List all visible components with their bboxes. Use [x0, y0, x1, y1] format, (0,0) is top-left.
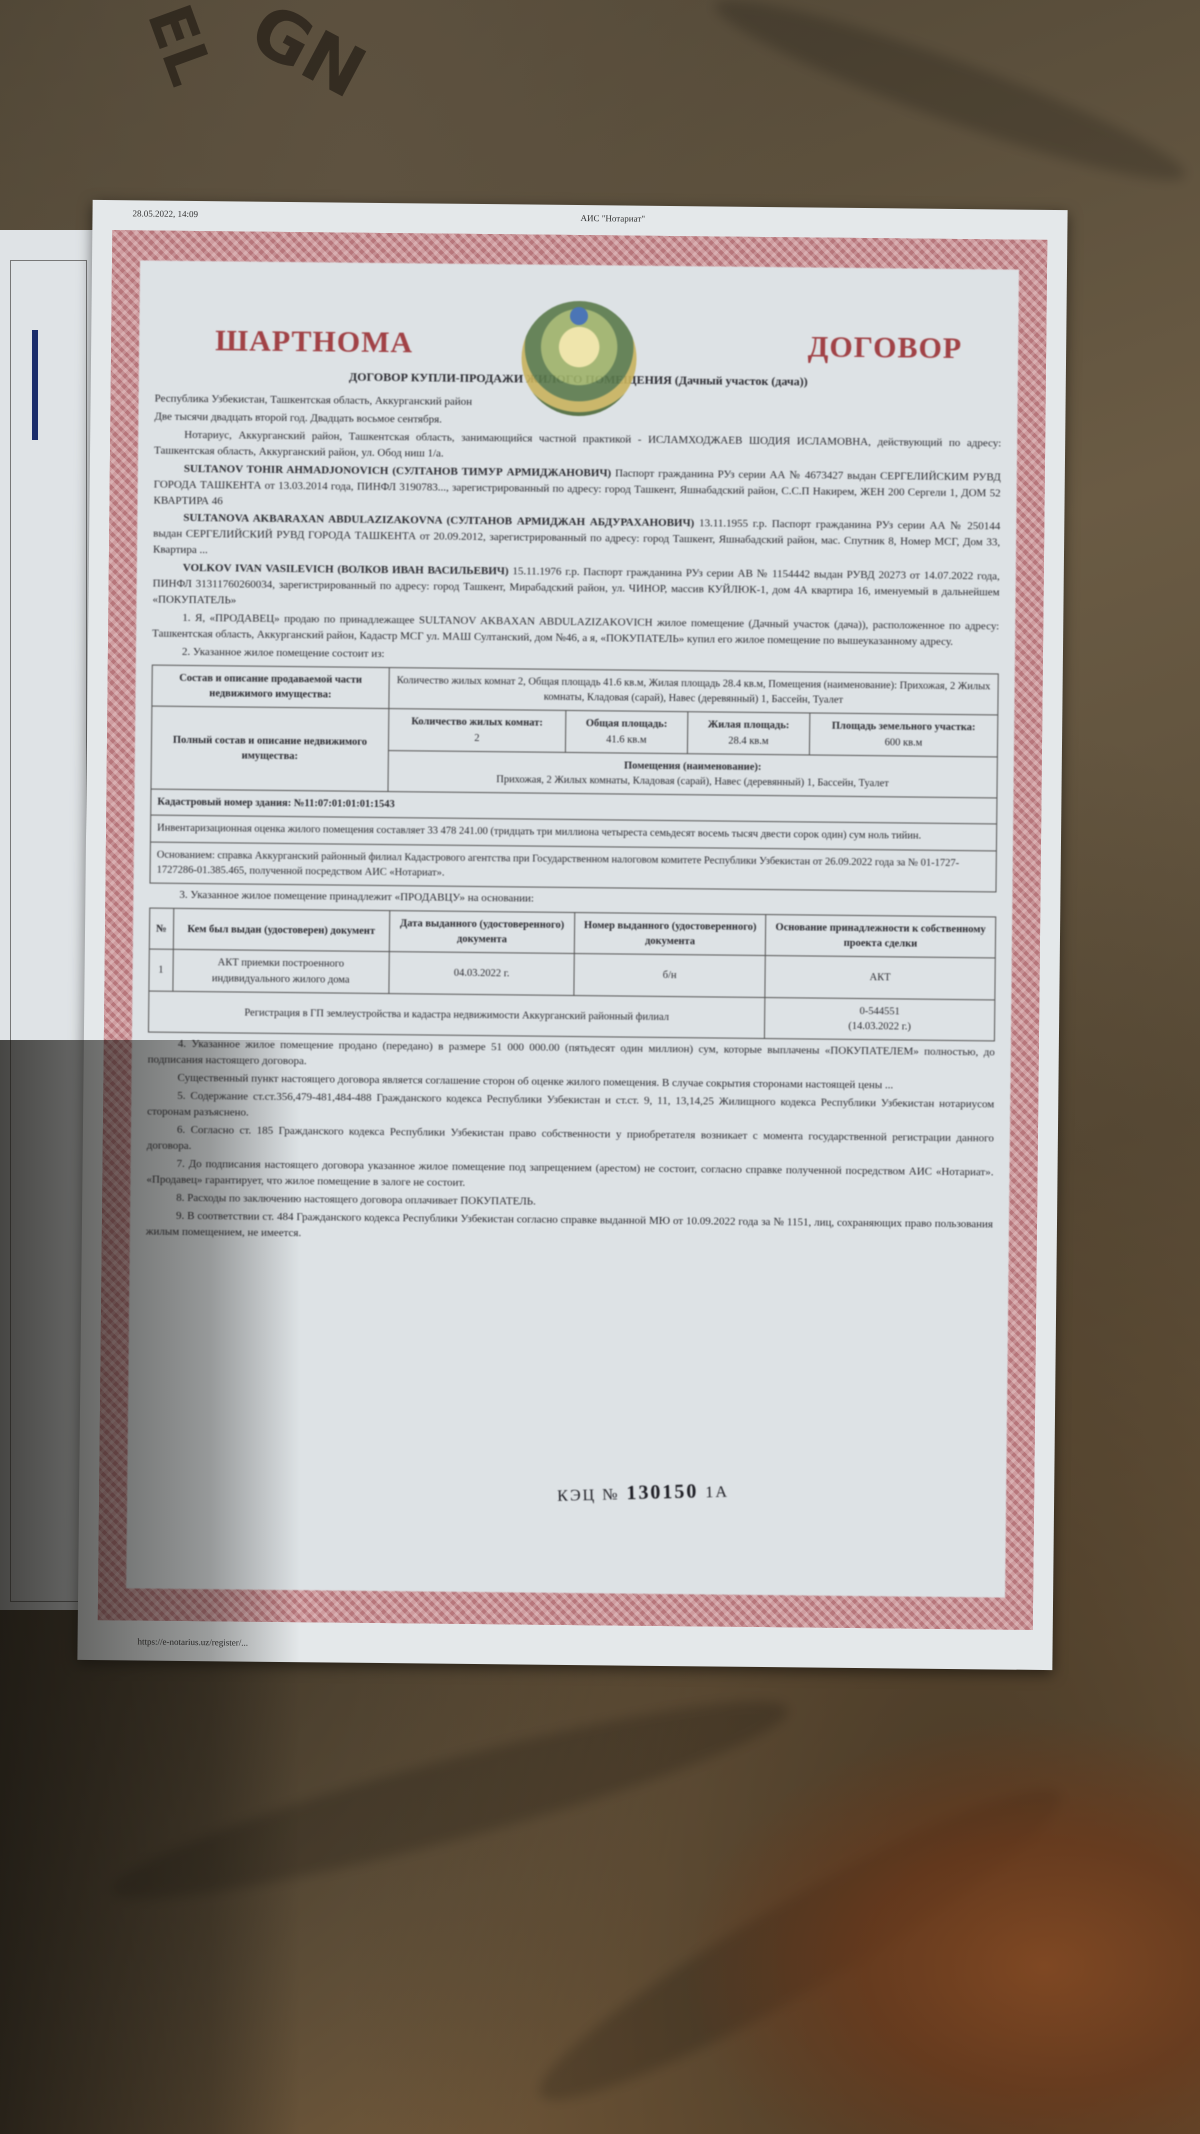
rooms-header: Количество жилых комнат:: [411, 717, 543, 729]
basis: Основанием: справка Аккурганский районны…: [150, 842, 996, 892]
col-doc-number: Номер выданного (удостоверенного) докуме…: [575, 913, 766, 956]
living-area-value: 28.4 кв.м: [728, 735, 768, 746]
living-area-header: Жилая площадь:: [708, 720, 790, 732]
cell: АКТ приемки построенного индивидуального…: [172, 950, 389, 994]
fabric-print-gn: GN: [238, 0, 379, 114]
ownership-table: № Кем был выдан (удостоверен) документ Д…: [148, 908, 996, 1042]
fabric-print-el: EL: [133, 0, 226, 94]
ornamental-border: ШАРТНОМА ДОГОВОР ДОГОВОР КУПЛИ-ПРОДАЖИ Ж…: [98, 230, 1048, 1630]
party-name: SULTANOVA AKBARAXAN ABDULAZIZAKOVNA (СУЛ…: [183, 512, 694, 529]
registration-date: (14.03.2022 г.): [848, 1021, 911, 1033]
registration-number: 0-544551: [860, 1006, 900, 1017]
registration-label: Регистрация в ГП землеустройства и кадас…: [148, 991, 764, 1039]
fabric-fold: [705, 0, 1195, 204]
col-issuer: Кем был выдан (удостоверен) документ: [173, 908, 390, 952]
cadastre-number: Кадастровый номер здания: №11:07:01:01:0…: [157, 797, 395, 810]
print-footer-url: https://e-notarius.uz/register/...: [138, 1636, 249, 1647]
col-basis: Основание принадлежности к собственному …: [765, 915, 995, 959]
party-name: SULTANOV TOHIR AHMADJONOVICH (СУЛТАНОВ Т…: [184, 463, 611, 479]
full-composition-label: Полный состав и описание недвижимого иму…: [151, 706, 389, 791]
cell: б/н: [574, 954, 765, 997]
title-russian: ДОГОВОР: [808, 325, 963, 370]
title-uzbek: ШАРТНОМА: [215, 319, 413, 365]
stamp-number: 130150: [626, 1480, 699, 1504]
contract-body: ШАРТНОМА ДОГОВОР ДОГОВОР КУПЛИ-ПРОДАЖИ Ж…: [126, 260, 1019, 1597]
title-row: ШАРТНОМА ДОГОВОР: [155, 279, 1003, 371]
premises-value: Прихожая, 2 Жилых комнаты, Кладовая (сар…: [496, 774, 889, 789]
state-emblem-icon: [520, 300, 636, 416]
print-header: 28.05.2022, 14:09 АИС "Нотариат": [132, 208, 1027, 227]
cell: 1: [149, 950, 173, 992]
stamp-prefix: КЭЦ №: [557, 1486, 620, 1505]
registration-stamp: КЭЦ № 130150 1А: [557, 1477, 729, 1510]
blue-stripe: [32, 330, 38, 440]
rooms-value: 2: [474, 733, 479, 744]
total-area-header: Общая площадь:: [586, 718, 668, 730]
clause: 9. В соответствии ст. 484 Гражданского к…: [146, 1208, 993, 1249]
print-system: АИС "Нотариат": [580, 213, 645, 224]
col-date: Дата выданного (удостоверенного) докумен…: [389, 911, 575, 954]
composition-table: Состав и описание продаваемой части недв…: [150, 664, 999, 892]
contract-sheet: 28.05.2022, 14:09 АИС "Нотариат" ШАРТНОМ…: [77, 200, 1067, 1670]
total-area-value: 41.6 кв.м: [606, 734, 646, 745]
col-number: №: [149, 908, 173, 950]
rust-surface: [680, 1714, 1200, 2134]
cell: 04.03.2022 г.: [389, 952, 575, 995]
composition-value: Количество жилых комнат 2, Общая площадь…: [389, 667, 999, 715]
print-datetime: 28.05.2022, 14:09: [132, 208, 198, 219]
composition-label: Состав и описание продаваемой части недв…: [152, 665, 389, 709]
cell: АКТ: [765, 956, 995, 1000]
land-area-value: 600 кв.м: [885, 737, 923, 748]
premises-header: Помещения (наименование):: [624, 760, 761, 772]
land-area-header: Площадь земельного участка:: [832, 721, 976, 734]
stamp-suffix: 1А: [705, 1484, 729, 1502]
party-name: VOLKOV IVAN VASILEVICH (ВОЛКОВ ИВАН ВАСИ…: [183, 562, 509, 577]
